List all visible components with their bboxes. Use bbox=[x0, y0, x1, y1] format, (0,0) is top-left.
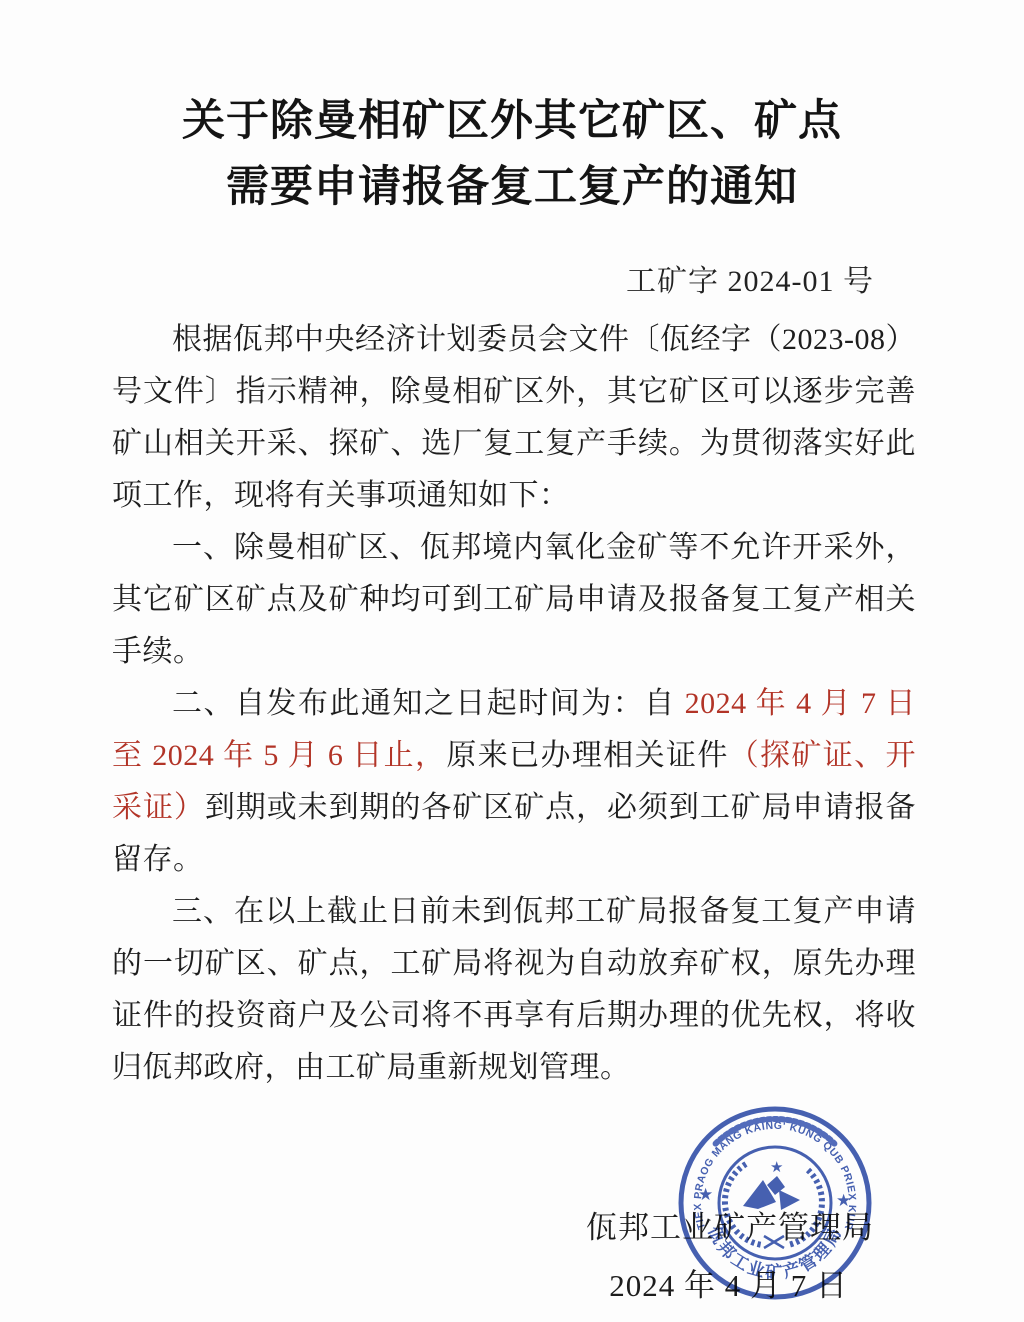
scanned-notice-document: 关于除曼相矿区外其它矿区、矿点 需要申请报备复工复产的通知 工矿字 2024-0… bbox=[0, 0, 1024, 1322]
text-run: 到期或未到期的各矿区矿点，必须到工矿局申请报备留存。 bbox=[112, 791, 916, 876]
paragraph-item-1: 一、除曼相矿区、佤邦境内氧化金矿等不允许开采外，其它矿区矿点及矿种均可到工矿局申… bbox=[112, 522, 916, 678]
text-run: 原来已办理相关证件 bbox=[446, 739, 728, 772]
title-line-2: 需要申请报备复工复产的通知 bbox=[0, 154, 1024, 220]
document-reference-number: 工矿字 2024-01 号 bbox=[0, 256, 874, 300]
seal-left-star-icon: ★ bbox=[698, 1185, 713, 1204]
document-title: 关于除曼相矿区外其它矿区、矿点 需要申请报备复工复产的通知 bbox=[0, 0, 1024, 220]
seal-burmese-script-arc bbox=[716, 1119, 835, 1144]
text-run: 根据佤邦中央经济计划委员会文件〔佤经字（2023-08）号文件〕指示精神，除曼相… bbox=[112, 323, 916, 512]
signature-block: 佤邦工业矿产管理局 2024 年 4 月 7 日 bbox=[0, 1206, 874, 1308]
paragraph-intro: 根据佤邦中央经济计划委员会文件〔佤经字（2023-08）号文件〕指示精神，除曼相… bbox=[112, 314, 916, 522]
paragraph-item-3: 三、在以上截止日前未到佤邦工矿局报备复工复产申请的一切矿区、矿点，工矿局将视为自… bbox=[112, 886, 916, 1094]
seal-ore-emblem bbox=[743, 1176, 800, 1210]
signature-date: 2024 年 4 月 7 日 bbox=[0, 1264, 874, 1308]
text-run: 三、在以上截止日前未到佤邦工矿局报备复工复产申请的一切矿区、矿点，工矿局将视为自… bbox=[112, 895, 916, 1084]
document-body: 根据佤邦中央经济计划委员会文件〔佤经字（2023-08）号文件〕指示精神，除曼相… bbox=[112, 314, 916, 1094]
signature-organization: 佤邦工业矿产管理局 bbox=[0, 1206, 874, 1250]
seal-inner-star-icon: ★ bbox=[770, 1159, 783, 1176]
text-run: 二、自发布此通知之日起时间为：自 bbox=[172, 687, 685, 720]
title-line-1: 关于除曼相矿区外其它矿区、矿点 bbox=[0, 88, 1024, 154]
paragraph-item-2: 二、自发布此通知之日起时间为：自 2024 年 4 月 7 日至 2024 年 … bbox=[112, 678, 916, 886]
text-run: 一、除曼相矿区、佤邦境内氧化金矿等不允许开采外，其它矿区矿点及矿种均可到工矿局申… bbox=[112, 531, 916, 668]
